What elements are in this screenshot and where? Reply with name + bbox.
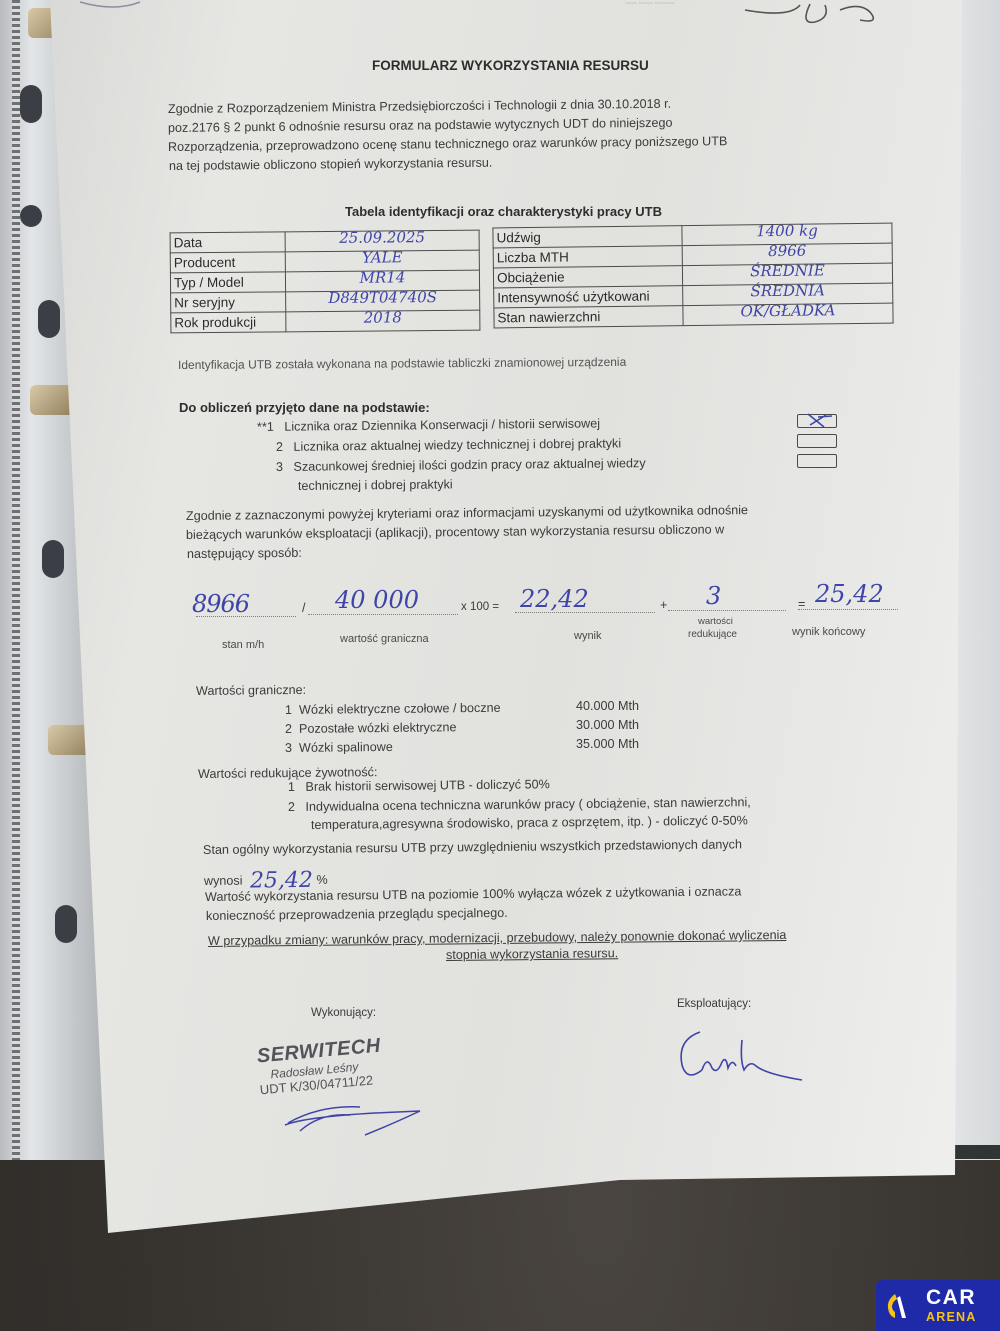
resource-usage-form: ~~~~ ~~~~~ ~~~~~~~ FORMULARZ WYKORZYSTAN… bbox=[0, 0, 1000, 1331]
formula-limit: 40 000 bbox=[335, 586, 419, 614]
formula-final: 25,42 bbox=[815, 580, 884, 608]
basis-item: 3 Szacunkowej średniej ilości godzin pra… bbox=[276, 456, 646, 474]
basis-item-number: 2 bbox=[276, 440, 283, 454]
basis-item: 2 Licznika oraz aktualnej wiedzy technic… bbox=[276, 436, 621, 454]
performer-signature-icon bbox=[280, 1095, 440, 1145]
reduction-number: 1 bbox=[288, 780, 295, 794]
basis-checkbox-1[interactable] bbox=[797, 414, 837, 428]
identification-table-left: Data25.09.2025ProducentYALETyp / ModelMR… bbox=[170, 230, 481, 334]
limit-number: 1 bbox=[285, 703, 292, 717]
formula-mth: 8966 bbox=[192, 590, 249, 618]
header-logo-fragment-icon: ~~~~ ~~~~~ ~~~~~~~ bbox=[0, 0, 1000, 40]
field-label: Obciążenie bbox=[493, 266, 682, 288]
reduction-text: Brak historii serwisowej UTB - doliczyć … bbox=[305, 777, 549, 794]
table-row: Stan nawierzchniOK/GŁADKA bbox=[494, 303, 893, 328]
field-label: Stan nawierzchni bbox=[494, 306, 683, 328]
reduction-item: 1 Brak historii serwisowej UTB - doliczy… bbox=[288, 777, 550, 794]
formula-label-final: wynik końcowy bbox=[792, 626, 865, 638]
limits-heading: Wartości graniczne: bbox=[196, 683, 306, 698]
performer-label: Wykonujący: bbox=[311, 1007, 376, 1019]
limit-item: 1 Wózki elektryczne czołowe / boczne bbox=[285, 701, 501, 717]
formula-label-reduction: redukujące bbox=[688, 629, 737, 640]
limit-number: 3 bbox=[285, 741, 292, 755]
company-stamp: SERWITECH Radosław Leśny UDT K/30/04711/… bbox=[256, 1035, 384, 1098]
overall-line: Stan ogólny wykorzystania resursu UTB pr… bbox=[203, 837, 742, 857]
operator-label: Eksploatujący: bbox=[677, 998, 751, 1010]
table-row: Rok produkcji2018 bbox=[171, 310, 480, 333]
formula-label-result: wynik bbox=[574, 630, 602, 642]
intro-line: poz.2176 § 2 punkt 6 odnośnie resursu or… bbox=[168, 116, 673, 135]
field-value-cell[interactable]: 2018 bbox=[286, 310, 480, 332]
basis-heading: Do obliczeń przyjęto dane na podstawie: bbox=[179, 400, 430, 415]
field-label: Udźwig bbox=[493, 226, 682, 248]
limit-text: Wózki spalinowe bbox=[299, 740, 393, 755]
identification-note: Identyfikacja UTB została wykonana na po… bbox=[178, 355, 626, 372]
handwritten-value: MR14 bbox=[360, 268, 406, 286]
limit-item: 2 Pozostałe wózki elektryczne bbox=[285, 720, 457, 736]
intro-line: Zgodnie z Rozporządzeniem Ministra Przed… bbox=[168, 97, 671, 116]
limit-value: 35.000 Mth bbox=[576, 737, 639, 751]
limit-number: 2 bbox=[285, 722, 292, 736]
table-title: Tabela identyfikacji oraz charakterystyk… bbox=[345, 204, 662, 219]
reduction-text: Indywidualna ocena techniczna warunków p… bbox=[305, 795, 750, 814]
limit-text: Pozostałe wózki elektryczne bbox=[299, 720, 457, 736]
basis-item-number: **1 bbox=[257, 420, 274, 434]
reduction-item: 2 Indywidualna ocena techniczna warunków… bbox=[288, 795, 751, 814]
table-row: ProducentYALE bbox=[170, 250, 479, 273]
formula-label-mth: stan m/h bbox=[222, 639, 264, 651]
car-arena-watermark: CAR ARENA bbox=[876, 1280, 1000, 1331]
formula-equals: = bbox=[798, 597, 805, 611]
criteria-line: następujący sposób: bbox=[187, 546, 302, 561]
criteria-line: bieżących warunków eksploatacji (aplikac… bbox=[186, 522, 724, 542]
limit-item: 3 Wózki spalinowe bbox=[285, 740, 393, 755]
limit-text: Wózki elektryczne czołowe / boczne bbox=[299, 701, 501, 717]
basis-item-number: 3 bbox=[276, 460, 283, 474]
identification-table-right: Udźwig1400 kgLiczba MTH8966ObciążenieŚRE… bbox=[492, 223, 893, 329]
formula-plus: + bbox=[660, 598, 667, 612]
field-label: Data bbox=[170, 232, 285, 253]
basis-item-text: Licznika oraz Dziennika Konserwacji / hi… bbox=[284, 416, 600, 433]
formula-label-reduction: wartości bbox=[698, 616, 733, 627]
field-label: Typ / Model bbox=[170, 272, 285, 293]
formula-times: x 100 = bbox=[461, 601, 499, 613]
intro-line: Rozporządzenia, przeprowadzono ocenę sta… bbox=[168, 134, 727, 154]
basis-item-text: Szacunkowej średniej ilości godzin pracy… bbox=[293, 456, 645, 474]
intro-line: na tej podstawie obliczono stopień wykor… bbox=[169, 156, 493, 173]
handwritten-value: 2018 bbox=[364, 308, 402, 326]
handwritten-value: 8966 bbox=[768, 242, 806, 260]
basis-item: **1 Licznika oraz Dziennika Konserwacji … bbox=[257, 416, 600, 434]
form-title: FORMULARZ WYKORZYSTANIA RESURSU bbox=[372, 58, 649, 73]
field-label: Nr seryjny bbox=[171, 292, 286, 313]
formula-reduction: 3 bbox=[706, 582, 721, 610]
formula-result: 22,42 bbox=[520, 585, 589, 613]
table-row: Nr seryjnyD849T04740S bbox=[171, 290, 480, 313]
handwritten-value: OK/GŁADKA bbox=[740, 301, 835, 320]
svg-text:~~~~ ~~~~~ ~~~~~~~: ~~~~ ~~~~~ ~~~~~~~ bbox=[625, 1, 675, 7]
limit-value: 40.000 Mth bbox=[576, 699, 639, 713]
watermark-brand-bottom: ARENA bbox=[926, 1310, 976, 1324]
field-label: Intensywność użytkowani bbox=[494, 286, 683, 308]
handwritten-value: D849T04740S bbox=[328, 288, 437, 307]
change-note: W przypadku zmiany: warunków pracy, mode… bbox=[208, 928, 787, 948]
car-arena-logo-icon bbox=[886, 1292, 906, 1320]
handwritten-value: ŚREDNIE bbox=[750, 261, 825, 280]
handwritten-value: 1400 kg bbox=[756, 221, 818, 240]
formula-divide: / bbox=[302, 601, 306, 615]
overall-label: wynosi bbox=[204, 874, 243, 888]
watermark-brand-top: CAR bbox=[926, 1286, 976, 1310]
criteria-line: Zgodnie z zaznaczonymi powyżej kryteriam… bbox=[186, 503, 748, 523]
field-label: Producent bbox=[170, 252, 285, 273]
formula-label-limit: wartość graniczna bbox=[340, 633, 429, 645]
basis-checkbox-3[interactable] bbox=[797, 454, 837, 468]
field-value-cell[interactable]: OK/GŁADKA bbox=[683, 303, 893, 326]
reduction-item-continued: temperatura,agresywna środowisko, praca … bbox=[311, 813, 748, 832]
field-label: Rok produkcji bbox=[171, 312, 286, 333]
handwritten-value: 25.09.2025 bbox=[339, 228, 425, 247]
basis-checkbox-2[interactable] bbox=[797, 434, 837, 448]
overall-unit: % bbox=[316, 873, 327, 887]
table-row: Data25.09.2025 bbox=[170, 230, 479, 253]
basis-item-continued: technicznej i dobrej praktyki bbox=[298, 477, 453, 493]
basis-item-text: Licznika oraz aktualnej wiedzy techniczn… bbox=[293, 436, 621, 453]
handwritten-value: YALE bbox=[362, 248, 403, 266]
reduction-number: 2 bbox=[288, 800, 295, 814]
operator-signature-icon bbox=[672, 1020, 812, 1090]
limit-value: 30.000 Mth bbox=[576, 718, 639, 732]
field-label: Liczba MTH bbox=[493, 246, 682, 268]
change-note: stopnia wykorzystania resursu. bbox=[446, 946, 618, 962]
check-mark-icon bbox=[798, 413, 836, 427]
warning-line: konieczność przeprowadzenia przeglądu sp… bbox=[206, 906, 508, 923]
handwritten-value: ŚREDNIA bbox=[750, 281, 825, 300]
